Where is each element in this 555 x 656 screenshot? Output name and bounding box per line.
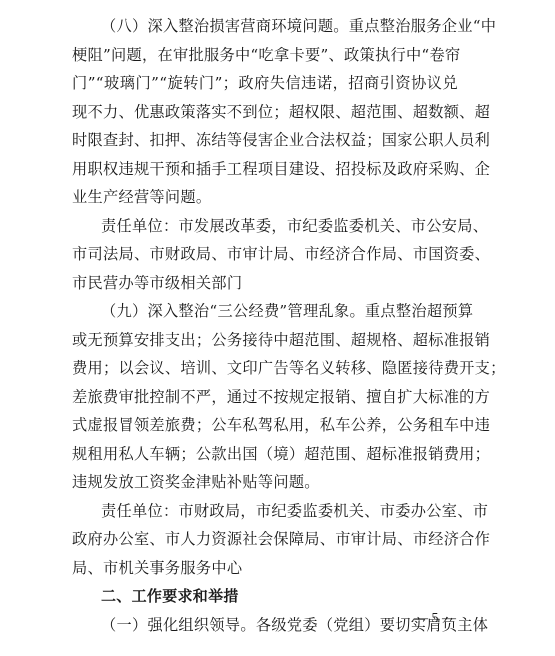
responsible-units-line: 责任单位：市发展改革委，市纪委监委机关、市公安局、 (101, 212, 458, 240)
responsible-units-line: 市司法局、市财政局、市审计局、市经济合作局、市国资委、 (72, 240, 458, 268)
paragraph-line: 费用；以会议、培训、文印广告等名义转移、隐匿接待费开支； (72, 354, 458, 382)
paragraph-line: 时限查封、扣押、冻结等侵害企业合法权益；国家公职人员利 (72, 126, 458, 154)
paragraph-line: 式虚报冒领差旅费；公车私驾私用，私车公养，公务租车中违 (72, 411, 458, 439)
responsible-units-line: 局、市机关事务服务中心 (72, 554, 458, 582)
paragraph-line: 或无预算安排支出；公务接待中超范围、超规格、超标准报销 (72, 326, 458, 354)
paragraph-line: 业生产经营等问题。 (72, 183, 458, 211)
paragraph-line: （九）深入整治“三公经费”管理乱象。重点整治超预算 (101, 297, 458, 325)
section-heading: 二、工作要求和举措 (101, 582, 458, 610)
paragraph-line: 规租用私人车辆；公款出国（境）超范围、超标准报销费用； (72, 440, 458, 468)
paragraph-line: 违规发放工资奖金津贴补贴等问题。 (72, 468, 458, 496)
responsible-units-line: 市民营办等市级相关部门 (72, 269, 458, 297)
paragraph-line: 用职权违规干预和插手工程项目建设、招投标及政府采购、企 (72, 155, 458, 183)
responsible-units-line: 政府办公室、市人力资源社会保障局、市审计局、市经济合作 (72, 525, 458, 553)
page-number: — 5 — (410, 607, 460, 631)
paragraph-line: 门”“玻璃门”“旋转门”；政府失信违诺，招商引资协议兑 (72, 69, 458, 97)
paragraph-line: （八）深入整治损害营商环境问题。重点整治服务企业“中 (101, 12, 458, 40)
paragraph-line: 差旅费审批控制不严，通过不按规定报销、擅自扩大标准的方 (72, 383, 458, 411)
document-page: （八）深入整治损害营商环境问题。重点整治服务企业“中 梗阻”问题，在审批服务中“… (0, 0, 555, 656)
paragraph-line: 现不力、优惠政策落实不到位；超权限、超范围、超数额、超 (72, 98, 458, 126)
responsible-units-line: 责任单位：市财政局，市纪委监委机关、市委办公室、市 (101, 497, 458, 525)
paragraph-line: （一）强化组织领导。各级党委（党组）要切实肩负主体 (101, 611, 458, 639)
paragraph-line: 梗阻”问题，在审批服务中“吃拿卡要”、政策执行中“卷帘 (72, 41, 458, 69)
